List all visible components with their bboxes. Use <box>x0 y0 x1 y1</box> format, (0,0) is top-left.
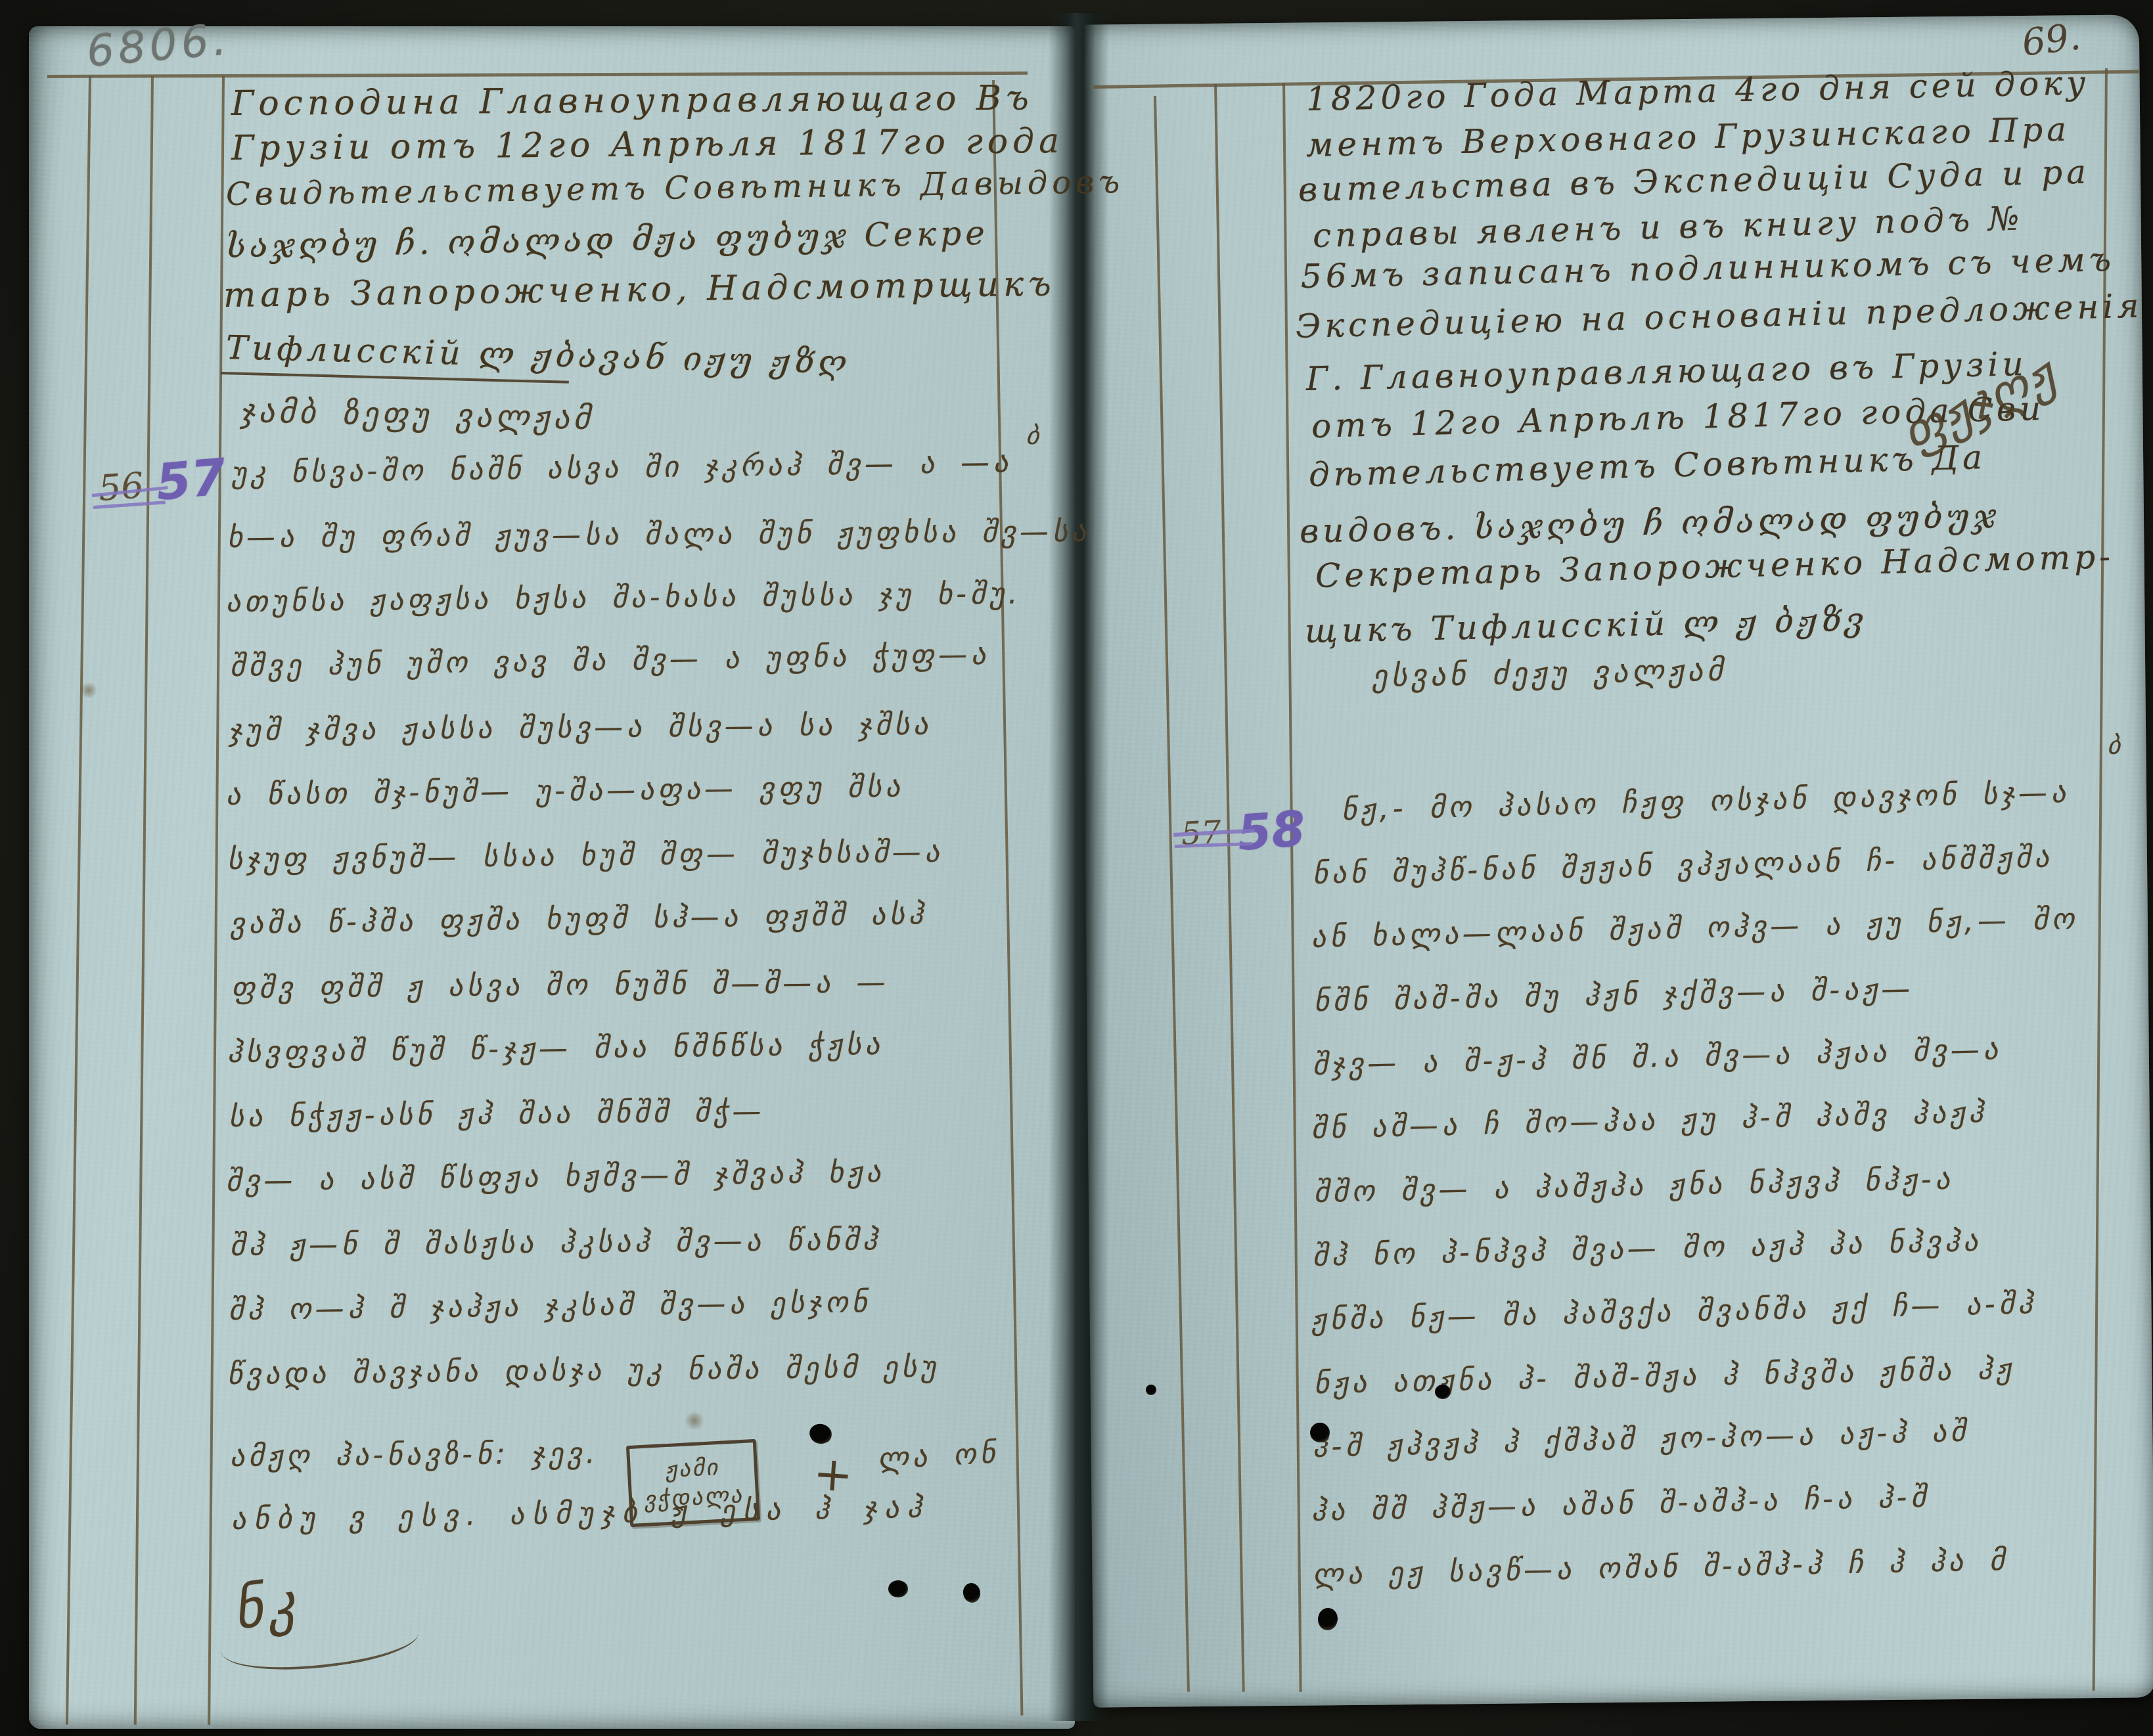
manuscript-line: ხ—ა შუ ფრაშ ჟუვ—სა შალა შუნ ჟუფხსა შვ—სა <box>227 515 1091 554</box>
gutter-shadow <box>1049 13 1109 1721</box>
worm-hole <box>1435 1385 1451 1399</box>
worm-hole <box>1310 1423 1330 1442</box>
manuscript-line: ჯამბ ზეფუ ვალჟამ <box>240 393 594 437</box>
manuscript-line: ესვან ძეჟუ ვალჟამ <box>1372 652 1727 694</box>
manuscript-line: ჯუშ ჯშვა ჟასსა შუსვ—ა შსვ—ა სა ჯშსა <box>229 708 932 747</box>
manuscript-line: Господина Главноуправляющаго Въ <box>231 78 1033 123</box>
manuscript-line: სა ნჭჟჟ-ასნ ჟჰ შაა შნშშ შჭ— <box>229 1094 765 1134</box>
catchword: ბ <box>1025 420 1045 451</box>
worm-hole <box>888 1580 908 1597</box>
ink-smudge <box>79 683 99 698</box>
ink-smudge <box>683 1412 706 1429</box>
manuscript-line: ფშვ ფშშ ჟ ასვა შო ნუშნ შ—შ—ა — <box>231 966 890 1005</box>
folio-number-ink: 69. <box>2020 15 2083 64</box>
worm-hole <box>1146 1385 1156 1395</box>
manuscript-line: Грузіи отъ 12го Апрѣля 1817го года <box>231 122 1064 168</box>
manuscript-line: ამჟღ ჰა-ნავზ-ნ: ჯევ. <box>230 1436 599 1473</box>
manuscript-line: შჰ ჟ—ნ შ შასჟსა ჰკსაჰ შვ—ა წანშჰ <box>230 1223 882 1262</box>
catchword: ბ <box>2106 730 2125 761</box>
manuscript-photo: 6806. 69. 56 57 57 58 ბ ბ Господина Глав… <box>0 0 2153 1736</box>
stamp-text: ჟამი <box>665 1453 720 1484</box>
manuscript-line: ლა ონ <box>877 1436 1000 1476</box>
